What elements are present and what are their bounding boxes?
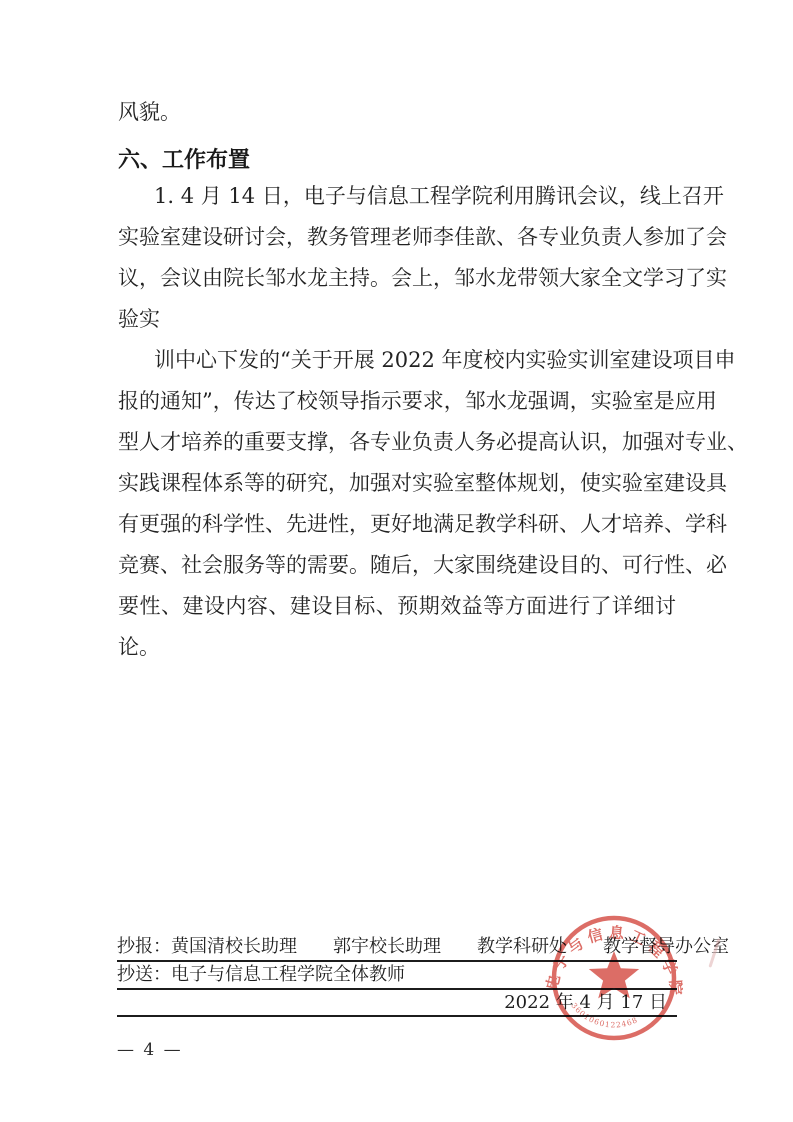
body-text-line: 型人才培养的重要支撑，各专业负责人务必提高认识，加强对专业、 — [118, 422, 676, 463]
body-text-line: 竞赛、社会服务等的需要。随后，大家围绕建设目的、可行性、必 — [118, 545, 676, 586]
body-text-line: 验实 — [118, 299, 676, 340]
copy-send-line: 抄送：电子与信息工程学院全体教师 — [117, 962, 677, 990]
body-text-line: 要性、建设内容、建设目标、预期效益等方面进行了详细讨论。 — [118, 586, 676, 668]
body-text-line: 1. 4 月 14 日，电子与信息工程学院利用腾讯会议，线上召开 — [118, 176, 676, 217]
body-text-line: 实践课程体系等的研究，加强对实验室整体规划，使实验室建设具 — [118, 463, 676, 504]
paragraph-continuation-line: 风貌。 — [118, 92, 181, 133]
section-heading: 六、工作布置 — [118, 144, 250, 176]
page-number: — 4 — — [117, 1040, 183, 1060]
document-page: 风貌。 六、工作布置 1. 4 月 14 日，电子与信息工程学院利用腾讯会议，线… — [0, 0, 793, 1122]
body-text-line: 议，会议由院长邹水龙主持。会上，邹水龙带领大家全文学习了实 — [118, 258, 676, 299]
paragraph-1: 1. 4 月 14 日，电子与信息工程学院利用腾讯会议，线上召开 实验室建设研讨… — [118, 176, 676, 340]
body-text-line: 实验室建设研讨会，教务管理老师李佳歆、各专业负责人参加了会 — [118, 217, 676, 258]
body-text-line: 有更强的科学性、先进性，更好地满足教学科研、人才培养、学科 — [118, 504, 676, 545]
copy-report-line: 抄报：黄国清校长助理 郭宇校长助理 教学科研处 教学督导办公室 — [117, 934, 677, 962]
paragraph-2: 训中心下发的“关于开展 2022 年度校内实验实训室建设项目申 报的通知”，传达… — [118, 340, 676, 668]
body-text-line: 训中心下发的“关于开展 2022 年度校内实验实训室建设项目申 — [118, 340, 676, 381]
date-line: 2022 年 4 月 17 日 — [117, 990, 677, 1017]
body-text-line: 报的通知”，传达了校领导指示要求，邹水龙强调，实验室是应用 — [118, 381, 676, 422]
